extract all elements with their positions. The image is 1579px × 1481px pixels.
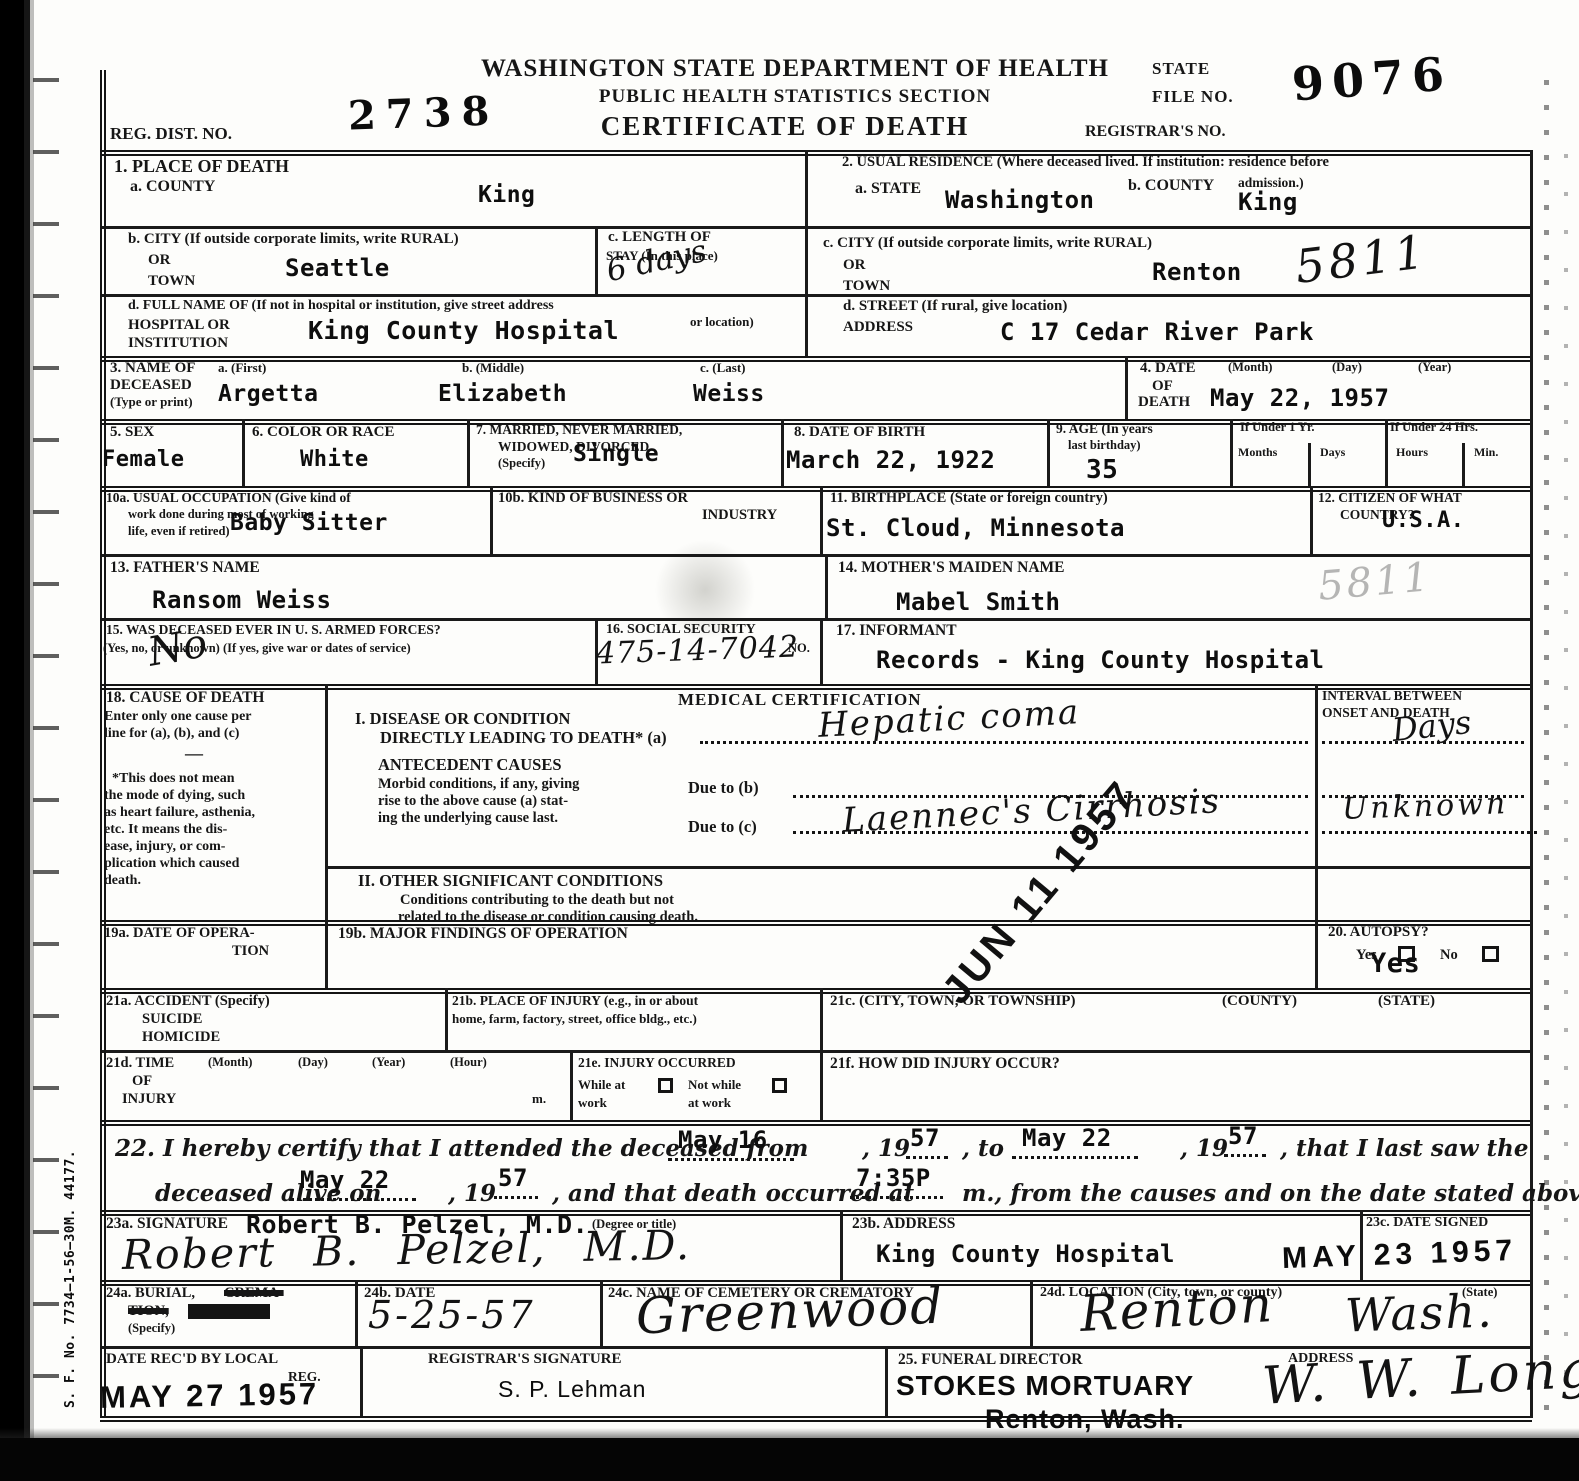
- residence-state-value: Washington: [945, 188, 1095, 212]
- date-of-death-label-3: DEATH: [1138, 395, 1190, 411]
- cause-footnote-6: plication which caused: [104, 857, 239, 872]
- name-last-label: c. (Last): [700, 361, 746, 375]
- grid-line: [100, 554, 1532, 557]
- due-to-b-label: Due to (b): [688, 779, 759, 796]
- funeral-director-stamp: STOKES MORTUARY: [896, 1372, 1194, 1400]
- name-of-deceased-label-1: 3. NAME OF: [110, 361, 195, 377]
- scan-bottom-black-band: [0, 1438, 1579, 1481]
- grid-line: [100, 226, 1532, 229]
- registrars-no-label: REGISTRAR'S NO.: [1085, 124, 1225, 141]
- burial-date-value: 5-25-57: [368, 1296, 536, 1334]
- date-received-label-1: DATE REC'D BY LOCAL: [106, 1352, 278, 1368]
- county-value: King: [478, 184, 535, 207]
- other-conditions-label-2: Conditions contributing to the death but…: [400, 893, 674, 908]
- date-of-death-month: (Month): [1228, 361, 1272, 374]
- not-while-label: Not while: [688, 1078, 741, 1092]
- place-of-death-title: 1. PLACE OF DEATH: [114, 157, 289, 176]
- autopsy-no-label: No: [1440, 948, 1458, 963]
- burial-location-city: Renton: [1079, 1279, 1275, 1339]
- not-while-at-work-checkbox: [772, 1078, 787, 1093]
- header-section: PUBLIC HEALTH STATISTICS SECTION: [390, 87, 1200, 107]
- time-of-injury-label-1: 21d. TIME: [106, 1056, 174, 1071]
- residence-county-value: King: [1238, 190, 1298, 214]
- middle-name-value: Elizabeth: [438, 383, 567, 406]
- burial-label: 24a. BURIAL,: [106, 1286, 195, 1301]
- grid-line: [820, 618, 823, 684]
- grid-line: [1462, 443, 1465, 486]
- occupation-value: Baby Sitter: [230, 512, 388, 535]
- other-conditions-label-1: II. OTHER SIGNIFICANT CONDITIONS: [358, 872, 663, 889]
- city-label: b. CITY (If outside corporate limits, wr…: [128, 232, 459, 248]
- grid-line: [781, 419, 784, 486]
- time-of-injury-year: (Year): [372, 1056, 405, 1069]
- certify-death-time: 7:35P: [850, 1166, 943, 1199]
- last-name-value: Weiss: [693, 383, 765, 406]
- physician-address-label: 23b. ADDRESS: [852, 1216, 955, 1232]
- grid-line: [100, 356, 1532, 362]
- certify-text-9: m., from the causes and on the date stat…: [962, 1181, 1579, 1206]
- injury-county-label: (COUNTY): [1222, 994, 1297, 1010]
- interval-label-1: INTERVAL BETWEEN: [1322, 689, 1462, 703]
- business-label-2: INDUSTRY: [702, 508, 777, 523]
- grid-line: [100, 294, 1532, 297]
- time-of-injury-label-2: OF: [132, 1074, 152, 1089]
- dotted-fill-line: [1322, 831, 1537, 834]
- informant-label: 17. INFORMANT: [836, 623, 957, 639]
- burial-strike-cremation-2: TION,: [128, 1304, 169, 1319]
- certify-to-date: May 22: [1012, 1126, 1138, 1159]
- date-of-death-year: (Year): [1418, 361, 1451, 374]
- date-of-death-value: May 22, 1957: [1210, 386, 1389, 410]
- grid-line: [885, 1346, 888, 1416]
- age-value: 35: [1086, 457, 1118, 483]
- margin-form-number: S. F. No. 7734—1-56—30M. 44177.: [64, 1150, 77, 1408]
- residence-city-value: Renton: [1152, 260, 1242, 284]
- marital-label-3: (Specify): [498, 457, 545, 470]
- residence-city-town: TOWN: [843, 279, 890, 295]
- physician-signature: Robert B. Pelzel, M.D.: [122, 1225, 692, 1276]
- under-24hrs-hours-label: Hours: [1396, 446, 1428, 459]
- grid-line: [1308, 443, 1311, 486]
- mothers-maiden-value: Mabel Smith: [896, 590, 1060, 614]
- disease-label-2: DIRECTLY LEADING TO DEATH* (a): [380, 729, 667, 746]
- institution-value: King County Hospital: [308, 318, 619, 343]
- street-label-1: d. STREET (If rural, give location): [843, 299, 1067, 315]
- work-label: work: [578, 1096, 607, 1110]
- grid-line: [100, 1050, 1532, 1053]
- grid-line: [100, 1346, 1532, 1349]
- scan-bottom-gray-edge: [0, 1428, 1579, 1438]
- date-of-operation-label-1: 19a. DATE OF OPERA-: [104, 926, 255, 941]
- fathers-name-value: Ransom Weiss: [152, 588, 331, 612]
- funeral-director-signature: W. W. Long: [1261, 1343, 1579, 1412]
- marital-label-1: 7. MARRIED, NEVER MARRIED,: [476, 423, 682, 437]
- grid-line: [360, 1346, 363, 1416]
- grid-line: [820, 988, 823, 1050]
- county-label: a. COUNTY: [130, 179, 215, 196]
- age-label-1: 9. AGE (In years: [1056, 422, 1153, 436]
- reg-dist-number-stamp: 2738: [347, 91, 500, 136]
- date-received-stamp: MAY 27 1957: [100, 1378, 320, 1413]
- grid-line: [100, 988, 1532, 994]
- under-1yr-label: If Under 1 Yr.: [1240, 421, 1315, 434]
- registrar-signature-label: REGISTRAR'S SIGNATURE: [428, 1352, 622, 1368]
- state-file-number-stamp: 9076: [1291, 50, 1454, 107]
- residence-city-or: OR: [843, 258, 866, 274]
- at-work-label: at work: [688, 1096, 731, 1110]
- burial-strike-removal: REMOVAL: [188, 1304, 270, 1319]
- color-race-label: 6. COLOR OR RACE: [252, 425, 395, 441]
- certify-text-2: , 19: [862, 1136, 910, 1161]
- city-value: Seattle: [285, 256, 390, 280]
- under-24hrs-min-label: Min.: [1474, 446, 1498, 459]
- institution-label-1: d. FULL NAME OF (If not in hospital or i…: [128, 299, 554, 314]
- while-at-label: While at: [578, 1078, 625, 1092]
- burial-location-st: Wash.: [1344, 1287, 1494, 1338]
- scan-left-dashes: [33, 10, 59, 1440]
- age-label-2: last birthday): [1068, 439, 1141, 452]
- funeral-director-label: 25. FUNERAL DIRECTOR: [898, 1352, 1082, 1368]
- accident-label-2: SUICIDE: [142, 1012, 202, 1027]
- name-first-label: a. (First): [218, 361, 266, 375]
- name-of-deceased-label-2: DECEASED: [110, 378, 192, 394]
- grid-line: [1125, 356, 1128, 419]
- place-of-injury-label-2: home, farm, factory, street, office bldg…: [452, 1012, 697, 1026]
- informant-value: Records - King County Hospital: [876, 648, 1324, 672]
- accident-label-1: 21a. ACCIDENT (Specify): [106, 994, 270, 1009]
- antecedent-label-4: ing the underlying cause last.: [378, 811, 558, 826]
- interval-c-value: Unknown: [1342, 789, 1509, 825]
- antecedent-label-2: Morbid conditions, if any, giving: [378, 777, 579, 792]
- certify-from-date: May 16: [668, 1128, 794, 1161]
- occupation-label-3: life, even if retired): [128, 525, 230, 538]
- state-file-label-2: FILE NO.: [1152, 88, 1234, 106]
- time-of-injury-label-3: INJURY: [122, 1092, 176, 1107]
- accident-label-3: HOMICIDE: [142, 1030, 220, 1045]
- autopsy-no-checkbox: [1482, 946, 1499, 962]
- grid-line: [467, 419, 470, 486]
- sex-value: Female: [102, 449, 184, 471]
- ssn-value: 475-14-7042: [596, 632, 800, 669]
- certify-text-7: , 19: [448, 1181, 496, 1206]
- usual-residence-title-1: 2. USUAL RESIDENCE (Where deceased lived…: [842, 155, 1329, 170]
- grid-line: [825, 554, 828, 618]
- residence-county-label: b. COUNTY: [1128, 178, 1214, 195]
- grid-line: [1530, 150, 1533, 1418]
- scan-right-dashes-2: [1564, 120, 1568, 1400]
- citizen-label-1: 12. CITIZEN OF WHAT: [1318, 491, 1462, 505]
- state-file-label-1: STATE: [1152, 60, 1210, 78]
- disease-label-1: I. DISEASE OR CONDITION: [355, 710, 570, 727]
- burial-specify-label: (Specify): [128, 1322, 175, 1335]
- cause-footnote-1: *This does not mean: [112, 772, 235, 787]
- grid-line: [840, 1210, 843, 1280]
- death-certificate-scan: { "colors": {"ink": "#141414", "paper": …: [0, 0, 1579, 1481]
- grid-line: [325, 684, 328, 988]
- birthplace-label: 11. BIRTHPLACE (State or foreign country…: [830, 491, 1108, 506]
- place-of-injury-label-1: 21b. PLACE OF INJURY (e.g., in or about: [452, 994, 698, 1008]
- grid-line: [1385, 419, 1388, 486]
- registrar-signature-value: S. P. Lehman: [498, 1378, 646, 1401]
- grid-line: [242, 419, 245, 486]
- under-1yr-months-label: Months: [1238, 446, 1277, 459]
- cause-of-death-title: 18. CAUSE OF DEATH: [106, 690, 264, 706]
- date-of-birth-value: March 22, 1922: [786, 448, 995, 472]
- cause-note-1: Enter only one cause per: [104, 710, 252, 725]
- color-race-value: White: [300, 449, 369, 471]
- certify-text-5: , that I last saw the: [1280, 1136, 1529, 1161]
- name-middle-label: b. (Middle): [462, 361, 524, 375]
- certify-alive-date: May 22: [290, 1168, 416, 1201]
- street-value: C 17 Cedar River Park: [1000, 320, 1314, 344]
- cause-footnote-7: death.: [104, 874, 141, 889]
- residence-state-label: a. STATE: [855, 181, 921, 198]
- scan-right-dashes: [1544, 60, 1549, 1430]
- certify-from-year: 57: [906, 1126, 948, 1159]
- residence-city-label: c. CITY (If outside corporate limits, wr…: [823, 236, 1152, 252]
- time-of-injury-hour: (Hour): [450, 1056, 487, 1069]
- occupation-label-1: 10a. USUAL OCCUPATION (Give kind of: [106, 491, 351, 505]
- antecedent-label-3: rise to the above cause (a) stat-: [378, 794, 568, 809]
- business-label-1: 10b. KIND OF BUSINESS OR: [498, 491, 688, 506]
- grid-line: [600, 1280, 603, 1346]
- cemetery-value: Greenwood: [635, 1281, 945, 1342]
- certify-to-year: 57: [1224, 1124, 1266, 1157]
- injury-occurred-label: 21e. INJURY OCCURRED: [578, 1056, 736, 1070]
- institution-label-3: INSTITUTION: [128, 336, 228, 352]
- cause-footnote-3: as heart failure, asthenia,: [104, 806, 255, 821]
- grid-line: [445, 988, 448, 1050]
- city-or-label: OR: [148, 253, 171, 269]
- due-to-c-label: Due to (c): [688, 818, 757, 835]
- mothers-box-faint-handwriting: 5811: [1316, 557, 1433, 607]
- grid-line: [100, 1120, 1532, 1126]
- grid-line: [570, 1050, 573, 1120]
- time-of-injury-day: (Day): [298, 1056, 328, 1069]
- interval-a-value: Days: [1391, 706, 1473, 746]
- under-24hrs-label: If Under 24 Hrs.: [1390, 421, 1478, 434]
- injury-state-label: (STATE): [1378, 994, 1435, 1010]
- other-conditions-label-3: related to the disease or condition caus…: [398, 910, 698, 925]
- marital-value: Single: [573, 443, 659, 466]
- first-name-value: Argetta: [218, 383, 318, 406]
- residence-city-handwriting: 5811: [1293, 228, 1431, 290]
- grid-line: [325, 866, 1532, 869]
- date-of-death-label-1: 4. DATE: [1140, 361, 1196, 377]
- scan-left-black-band: [0, 0, 34, 1481]
- grid-line: [805, 150, 808, 356]
- birthplace-value: St. Cloud, Minnesota: [826, 516, 1125, 540]
- cause-footnote-4: etc. It means the dis-: [104, 823, 227, 838]
- armed-forces-value: No: [145, 623, 210, 673]
- time-of-injury-m: m.: [532, 1092, 546, 1106]
- certify-text-4: , 19: [1180, 1136, 1228, 1161]
- header-department: WASHINGTON STATE DEPARTMENT OF HEALTH: [390, 56, 1200, 82]
- grid-line: [1030, 1280, 1033, 1346]
- grid-line: [100, 618, 1532, 621]
- while-at-work-checkbox: [658, 1078, 673, 1093]
- certify-alive-year: 57: [494, 1166, 538, 1199]
- cause-c-value: Laennec's Cirrhosis: [841, 784, 1221, 838]
- city-town-label: TOWN: [148, 274, 195, 290]
- autopsy-label: 20. AUTOPSY?: [1328, 925, 1429, 941]
- grid-line: [100, 1416, 1532, 1422]
- date-of-birth-label: 8. DATE OF BIRTH: [794, 425, 925, 441]
- under-1yr-days-label: Days: [1320, 446, 1345, 459]
- grid-line: [1310, 486, 1313, 554]
- date-signed-label: 23c. DATE SIGNED: [1366, 1216, 1488, 1231]
- header-title: CERTIFICATE OF DEATH: [380, 112, 1190, 140]
- certify-text-3: , to: [962, 1136, 1004, 1161]
- cause-footnote-5: ease, injury, or com-: [104, 840, 225, 855]
- autopsy-value: Yes: [1370, 950, 1420, 977]
- grid-line: [595, 226, 598, 294]
- grid-line: [1230, 419, 1233, 486]
- mothers-maiden-label: 14. MOTHER'S MAIDEN NAME: [838, 560, 1064, 576]
- physician-address-value: King County Hospital: [876, 1242, 1175, 1266]
- reg-dist-label: REG. DIST. NO.: [110, 125, 232, 143]
- street-label-2: ADDRESS: [843, 320, 913, 336]
- sex-label: 5. SEX: [110, 425, 154, 441]
- grid-line: [355, 1280, 358, 1346]
- grid-line: [820, 1050, 823, 1120]
- grid-line: [1047, 419, 1050, 486]
- grid-line: [1315, 684, 1318, 988]
- grid-line: [820, 486, 823, 554]
- date-of-death-day: (Day): [1332, 361, 1362, 374]
- cause-note-2: line for (a), (b), and (c): [104, 727, 239, 742]
- institution-label-2: HOSPITAL OR: [128, 318, 230, 334]
- time-of-injury-month: (Month): [208, 1056, 252, 1069]
- major-findings-label: 19b. MAJOR FINDINGS OF OPERATION: [338, 926, 628, 942]
- cause-footnote-2: the mode of dying, such: [104, 789, 245, 804]
- institution-label-4: or location): [690, 315, 754, 329]
- date-of-death-label-2: OF: [1152, 379, 1173, 395]
- antecedent-label-1: ANTECEDENT CAUSES: [378, 756, 562, 773]
- date-signed-stamp: MAY 23 1957: [1282, 1236, 1518, 1274]
- citizen-value: U.S.A.: [1382, 510, 1464, 532]
- how-did-injury-occur-label: 21f. HOW DID INJURY OCCUR?: [830, 1056, 1060, 1072]
- date-of-operation-label-2: TION: [232, 944, 269, 959]
- fathers-name-label: 13. FATHER'S NAME: [110, 560, 260, 576]
- dotted-fill-line: [700, 741, 1308, 744]
- burial-strike-cremation-1: CREMA-: [224, 1286, 284, 1301]
- name-of-deceased-label-3: (Type or print): [110, 395, 193, 409]
- cause-dash: —: [185, 744, 203, 763]
- grid-line: [490, 486, 493, 554]
